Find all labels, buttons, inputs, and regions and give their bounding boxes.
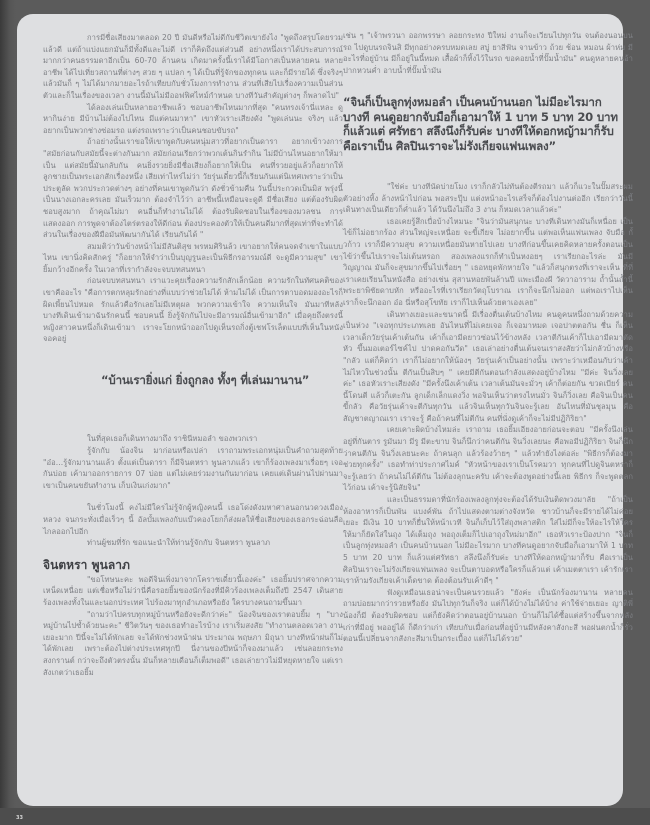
- spacer: [43, 387, 343, 433]
- spacer: [43, 491, 343, 502]
- body-paragraph: ถ้าอย่างนั้นเราขอให้เขาพูดกับคนหนุ่มสาวท…: [43, 136, 343, 240]
- section-subhead: จินตหรา พูนลาภ: [43, 558, 343, 573]
- body-paragraph: การมีชื่อเสียงมาตลอด 20 ปี มันดีหรือไม่ด…: [43, 32, 343, 102]
- body-paragraph: ฟังดูเหมือนเธอน่าจะเป็นคนรวยแล้ว "ยังค่ะ…: [343, 587, 633, 645]
- body-paragraph: "ถามว่าไปครบทุกหมู่บ้านหรือยังจะดีกว่าค่…: [43, 609, 343, 679]
- body-paragraph: เคยเคาะผิดบ้างไหมล่ะ เราถาม เธอยิ้มเอียง…: [343, 424, 633, 494]
- body-paragraph: ก่อนจบบทสนทนา เราแวะคุยเรื่องความรักสักเ…: [43, 275, 343, 345]
- page-bottom-margin: [0, 808, 650, 825]
- left-column: การมีชื่อเสียงมาตลอด 20 ปี มันดีหรือไม่ด…: [43, 32, 343, 678]
- page-number: 33: [16, 815, 23, 821]
- right-column: เช่น ๆ "เจ้าพรวนา ออกพรรษา ลอยกระทง ปีให…: [343, 30, 633, 645]
- magazine-spine: [0, 0, 16, 825]
- body-paragraph: ในที่สุดเธอก็เดินทางมาถึง ราชินีหมอลำ ขอ…: [43, 433, 343, 445]
- body-paragraph: เช่น ๆ "เจ้าพรวนา ออกพรรษา ลอยกระทง ปีให…: [343, 30, 633, 76]
- pull-quote: “จินก็เป็นลูกทุ่งหมอลำ เป็นคนบ้านนอก ไม่…: [343, 95, 623, 153]
- magazine-page: การมีชื่อเสียงมาตลอด 20 ปี มันดีหรือไม่ด…: [17, 14, 623, 806]
- body-paragraph: สมมติว่าวันข้างหน้าไม่มีสันติสุข พรหมศิร…: [43, 241, 343, 276]
- body-paragraph: รู้จักกับ น้องจิน มาก่อนหรือเปล่า เราถาม…: [43, 445, 343, 491]
- body-paragraph: และเป็นธรรมดาที่นักร้องเพลงลูกทุ่งจะต้อง…: [343, 494, 633, 587]
- body-paragraph: "ใช่ค่ะ บางทีนัดบ่ายโมง เราก็กลัวไม่ทันต…: [343, 181, 633, 216]
- body-paragraph: เธอเคยรู้สึกเบื่อบ้างไหมนะ "จินว่ามันสนุ…: [343, 216, 633, 309]
- body-paragraph: ในชั่วโมงนี้ คงไม่มีใครไม่รู้จักผู้หญิงค…: [43, 502, 343, 537]
- pull-quote: “บ้านเรายิ่งแก่ ยิ่งถูกลง ทั้งๆ ที่เล่นม…: [101, 373, 341, 387]
- body-paragraph: "ขอโทษนะคะ พอดีจินเพิ่งมาจากโคราชเดี๋ยวน…: [43, 574, 343, 609]
- body-paragraph: เดินทางเยอะและขนาดนี้ มีเรื่องตื่นเต้นบ้…: [343, 309, 633, 425]
- body-paragraph: ท่านผู้ชมที่รัก ขอแนะนำให้ท่านรู้จักกับ …: [43, 537, 343, 549]
- body-paragraph: ได้ลองเล่นเป็นหลายอาชีพแล้ว ชอบอาชีพไหนม…: [43, 102, 343, 137]
